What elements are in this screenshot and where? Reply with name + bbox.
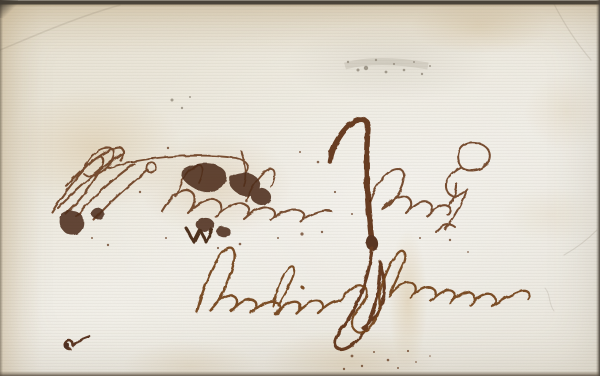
photo-vignette <box>0 0 600 376</box>
letter-photo <box>0 0 600 376</box>
